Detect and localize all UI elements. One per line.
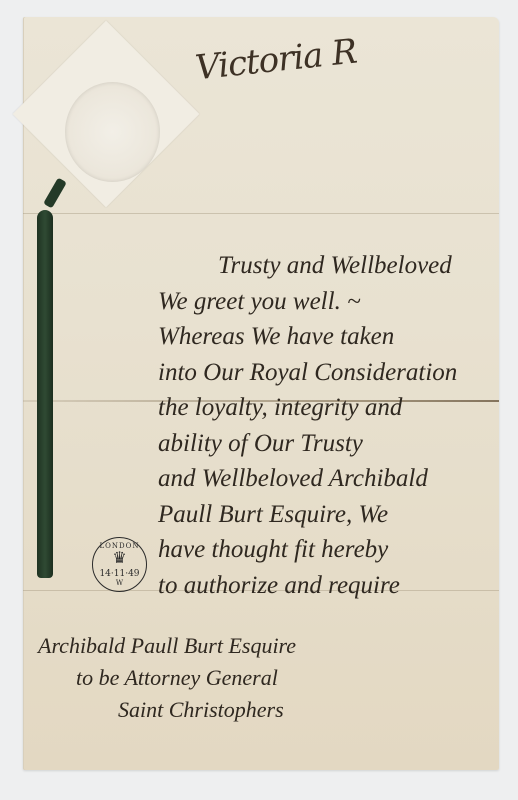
body-line: and Wellbeloved Archibald (158, 461, 498, 497)
postmark-letter: W (93, 579, 146, 587)
body-line: We greet you well. ~ (158, 284, 498, 320)
footer-line: Archibald Paull Burt Esquire (38, 630, 296, 662)
footer-line: Saint Christophers (38, 694, 296, 726)
body-line: have thought fit hereby (158, 532, 498, 568)
body-line: to authorize and require (158, 568, 498, 604)
body-line: Whereas We have taken (158, 319, 498, 355)
body-line: Paull Burt Esquire, We (158, 497, 498, 533)
green-ribbon (37, 400, 53, 578)
footer-line: to be Attorney General (38, 662, 296, 694)
crown-icon: ♛ (93, 550, 146, 566)
body-line: into Our Royal Consideration (158, 355, 498, 391)
body-line: ability of Our Trusty (158, 426, 498, 462)
green-ribbon (37, 210, 53, 415)
postmark-date: 14·11·49 (93, 569, 146, 579)
london-postmark: LONDON ♛ 14·11·49 W (92, 537, 147, 592)
warrant-body: Trusty and Wellbeloved We greet you well… (158, 248, 498, 603)
body-line: Trusty and Wellbeloved (158, 248, 498, 284)
warrant-footer: Archibald Paull Burt Esquire to be Attor… (38, 630, 296, 726)
body-line: the loyalty, integrity and (158, 390, 498, 426)
embossed-seal-icon (65, 82, 160, 182)
fold-line (23, 213, 499, 214)
